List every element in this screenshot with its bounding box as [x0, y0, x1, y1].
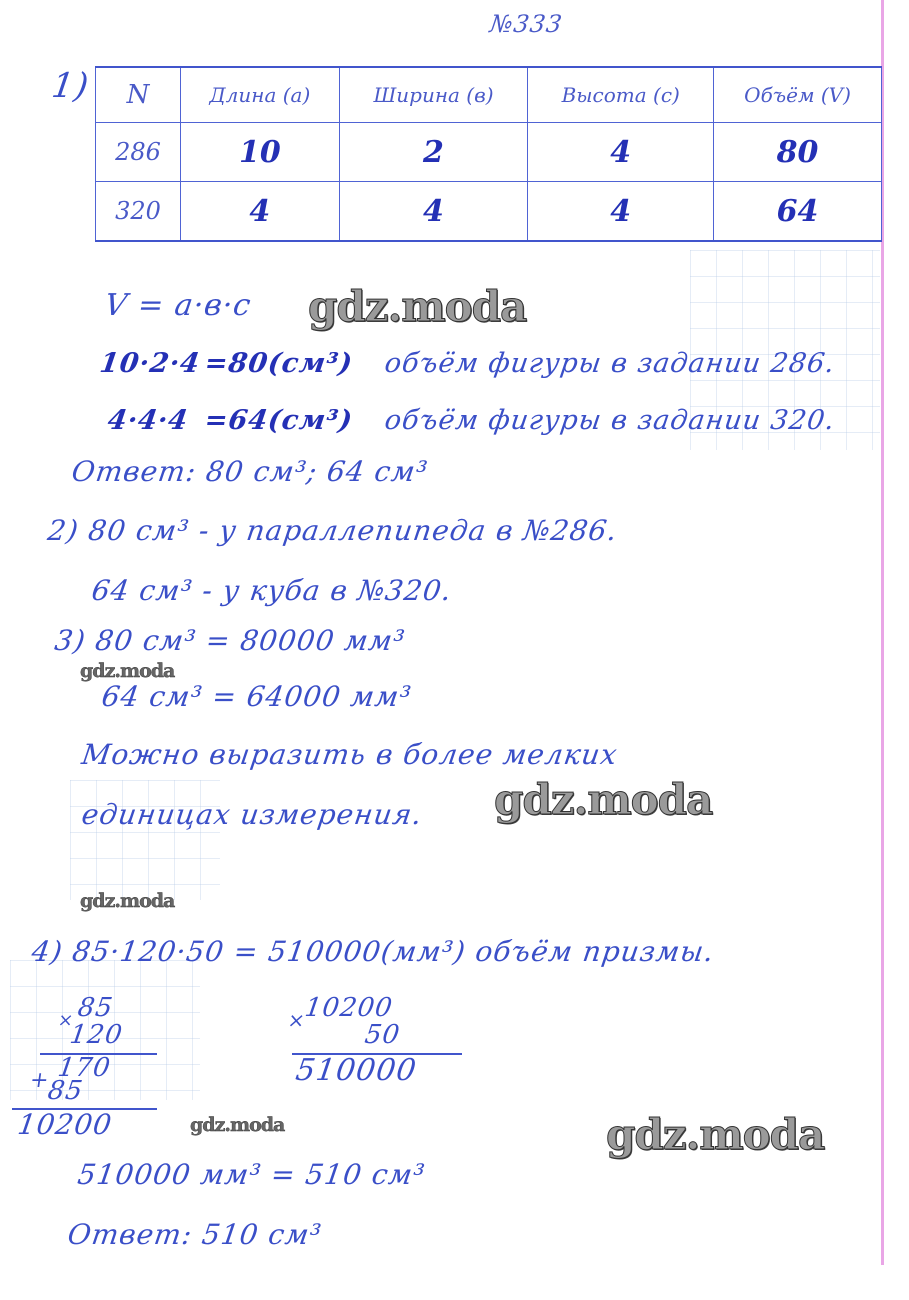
cell-n: 286	[96, 123, 181, 182]
table-row: 320 4 4 4 64	[96, 182, 882, 242]
cell-width: 4	[339, 182, 528, 242]
cell-volume: 80	[714, 123, 882, 182]
calc-expression: 10·2·4	[98, 348, 202, 379]
part-3-line-1: 3) 80 см³ = 80000 мм³	[53, 624, 408, 657]
cell-n: 320	[96, 182, 181, 242]
part-3-line-2: 64 см³ = 64000 мм³	[100, 680, 414, 713]
watermark: gdz.moda	[80, 660, 174, 682]
part-3-line-3: Можно выразить в более мелких	[80, 738, 620, 771]
header-width: Ширина (в)	[339, 67, 528, 123]
part-4-equation: 4) 85·120·50 = 510000(мм³) объём призмы.	[30, 935, 717, 968]
exercise-number: №333	[488, 10, 564, 38]
cell-volume: 64	[714, 182, 882, 242]
header-n: N	[96, 67, 181, 123]
volume-formula: V = a·в·c	[103, 288, 254, 323]
watermark: gdz.moda	[606, 1110, 824, 1159]
calc-expression: 4·4·4	[106, 405, 191, 436]
answer-part-1: Ответ: 80 см³; 64 см³	[70, 455, 431, 488]
watermark: gdz.moda	[80, 890, 174, 912]
table-row: 286 10 2 4 80	[96, 123, 882, 182]
answer-part-4: Ответ: 510 см³	[66, 1218, 324, 1251]
part-2-line-2: 64 см³ - у куба в №320.	[90, 574, 454, 607]
cell-height: 4	[528, 123, 714, 182]
cell-length: 10	[181, 123, 340, 182]
header-length: Длина (а)	[181, 67, 340, 123]
factor-a: 10200	[303, 993, 395, 1023]
dimensions-table: N Длина (а) Ширина (в) Высота (с) Объём …	[95, 66, 882, 242]
factor-b: 50	[363, 1020, 402, 1050]
part-2-line-1: 2) 80 см³ - у параллепипеда в №286.	[46, 514, 620, 547]
part-1-label: 1)	[49, 66, 92, 106]
product-result: 510000	[294, 1053, 419, 1088]
unit-conversion: 510000 мм³ = 510 см³	[76, 1158, 428, 1191]
watermark: gdz.moda	[494, 775, 712, 824]
header-height: Высота (с)	[528, 67, 714, 123]
watermark: gdz.moda	[190, 1114, 284, 1136]
part-3-line-4: единицах измерения.	[80, 798, 425, 831]
factor-a: 85	[76, 993, 115, 1023]
header-volume: Объём (V)	[714, 67, 882, 123]
watermark: gdz.moda	[308, 282, 526, 331]
calc-description: объём фигуры в задании 286.	[383, 348, 837, 379]
cell-height: 4	[528, 182, 714, 242]
product-result: 10200	[16, 1108, 115, 1141]
calc-description: объём фигуры в задании 320.	[383, 405, 837, 436]
calc-result: =64(см³)	[203, 405, 355, 436]
calc-result: =80(см³)	[203, 348, 355, 379]
factor-b: 120	[68, 1020, 125, 1050]
partial-product-2: 85	[46, 1076, 85, 1106]
cell-length: 4	[181, 182, 340, 242]
table-header-row: N Длина (а) Ширина (в) Высота (с) Объём …	[96, 67, 882, 123]
cell-width: 2	[339, 123, 528, 182]
